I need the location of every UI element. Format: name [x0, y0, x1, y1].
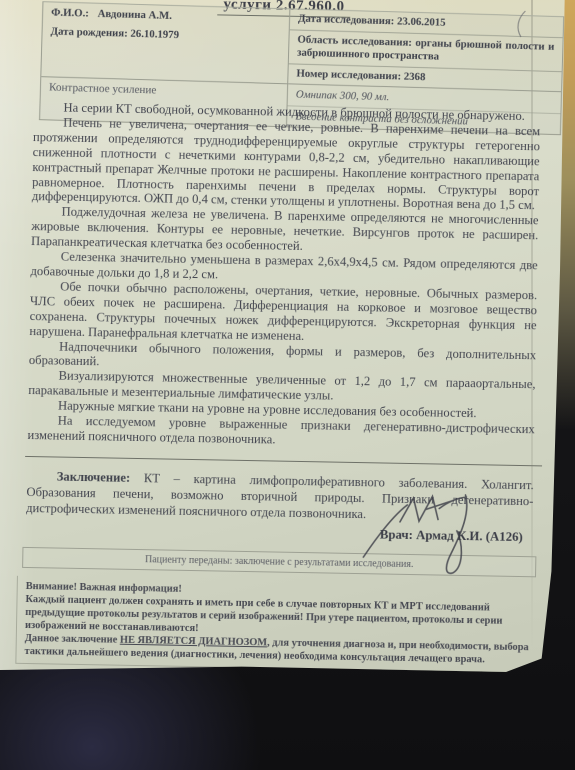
cell-study-info: Дата исследования: 23.06.2015 Область ис…: [288, 9, 563, 91]
document-content: услуги 2.67.960.0 Ф.И.О.: Авдонина А.М. …: [0, 0, 575, 682]
birth-date: Дата рождения: 26.10.1979: [50, 25, 280, 45]
photo-scene: услуги 2.67.960.0 Ф.И.О.: Авдонина А.М. …: [0, 0, 575, 770]
findings-paragraph: Обе почки обычно расположены, очертания,…: [29, 279, 537, 348]
findings-section: На серии КТ свободной, осумкованной жидк…: [27, 100, 540, 452]
patient-handover-box: Пациенту переданы: заключение с результа…: [22, 547, 536, 577]
fio-value: Авдонина А.М.: [97, 8, 172, 22]
patient-handover-text: Пациенту переданы: заключение с результа…: [145, 554, 414, 570]
document-paper: услуги 2.67.960.0 Ф.И.О.: Авдонина А.М. …: [0, 0, 575, 672]
warning-diagnosis-emphasis: НЕ ЯВЛЯЕТСЯ ДИАГНОЗОМ: [120, 635, 267, 649]
cell-patient-info: Ф.И.О.: Авдонина А.М. Дата рождения: 26.…: [41, 2, 290, 83]
findings-paragraph: Печень не увеличена, очертания ее четкие…: [32, 115, 541, 214]
fio-label: Ф.И.О.:: [51, 6, 89, 19]
warning-box: Внимание! Важная информация! Каждый паци…: [15, 576, 555, 674]
conclusion-label: Заключение:: [57, 470, 131, 485]
doctor-line: Врач: Армад К.И. (А126): [380, 527, 523, 545]
warning-diagnosis-prefix: Данное заключение: [25, 633, 120, 646]
conclusion-paragraph: Заключение: КТ – картина лимфопролиферат…: [26, 468, 534, 525]
section-divider-line: [25, 456, 542, 466]
patient-fio: Ф.И.О.: Авдонина А.М.: [51, 6, 281, 26]
